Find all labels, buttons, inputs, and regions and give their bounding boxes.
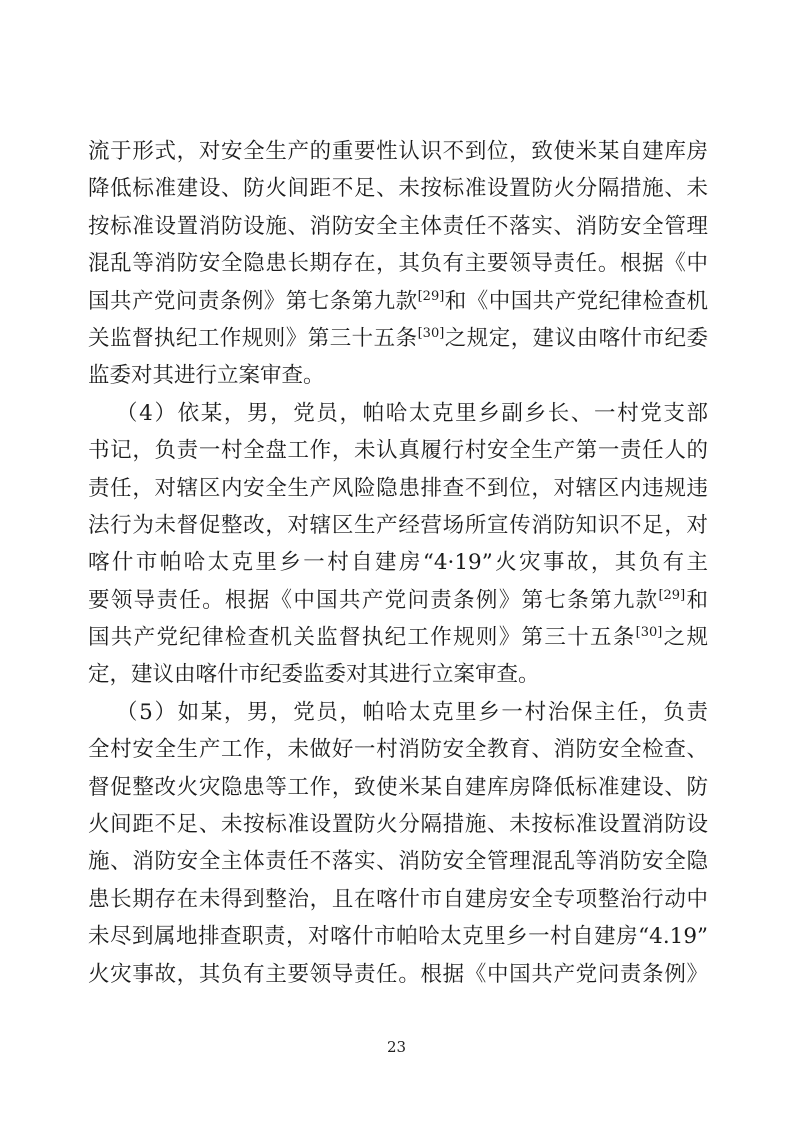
text-run: 关监督执纪工作规则》第三十五条: [88, 326, 418, 351]
text-run: 法行为未督促整改，对辖区生产经营场所宣传消防知识不足，对: [88, 513, 708, 538]
text-line: 督促整改火灾隐患等工作，致使米某自建库房降低标准建设、防: [88, 769, 708, 806]
text-run: 流于形式，对安全生产的重要性认识不到位，致使米某自建库房: [88, 139, 708, 164]
text-run: 施、消防安全主体责任不落实、消防安全管理混乱等消防安全隐: [88, 849, 708, 874]
text-run: 喀什市帕哈太克里乡一村自建房“4·19”火灾事故，其负有主: [88, 550, 708, 575]
text-line: 降低标准建设、防火间距不足、未按标准设置防火分隔措施、未: [88, 170, 708, 207]
page-number: 23: [0, 1038, 793, 1056]
text-line: 火灾事故，其负有主要领导责任。根据《中国共产党问责条例》: [88, 956, 708, 993]
text-line: 按标准设置消防设施、消防安全主体责任不落实、消防安全管理: [88, 208, 708, 245]
text-run: 全村安全生产工作，未做好一村消防安全教育、消防安全检查、: [88, 737, 708, 762]
text-run: 降低标准建设、防火间距不足、未按标准设置防火分隔措施、未: [88, 176, 708, 201]
footnote-ref: [29]: [658, 588, 685, 603]
text-run: 书记，负责一村全盘工作，未认真履行村安全生产第一责任人的: [88, 438, 708, 463]
text-line: 患长期存在未得到整治，且在喀什市自建房安全专项整治行动中: [88, 881, 708, 918]
text-line: 混乱等消防安全隐患长期存在，其负有主要领导责任。根据《中: [88, 245, 708, 282]
text-line: 国共产党纪律检查机关监督执纪工作规则》第三十五条[30]之规: [88, 619, 708, 656]
text-line: 法行为未督促整改，对辖区生产经营场所宣传消防知识不足，对: [88, 507, 708, 544]
text-run: 火间距不足、未按标准设置防火分隔措施、未按标准设置消防设: [88, 812, 708, 837]
text-line: 定，建议由喀什市纪委监委对其进行立案审查。: [88, 656, 708, 693]
text-run: 未尽到属地排查职责，对喀什市帕哈太克里乡一村自建房“4.19”: [88, 924, 708, 949]
text-line: 责任，对辖区内安全生产风险隐患排查不到位，对辖区内违规违: [88, 470, 708, 507]
text-line: 监委对其进行立案审查。: [88, 357, 708, 394]
footnote-ref: [29]: [418, 289, 445, 304]
text-run: 之规: [662, 625, 708, 650]
footnote-ref: [30]: [418, 326, 445, 341]
text-run: （5）如某，男，党员，帕哈太克里乡一村治保主任，负责: [116, 700, 708, 725]
text-line: （5）如某，男，党员，帕哈太克里乡一村治保主任，负责: [88, 694, 708, 731]
text-line: （4）依某，男，党员，帕哈太克里乡副乡长、一村党支部: [88, 395, 708, 432]
paragraph-1: 流于形式，对安全生产的重要性认识不到位，致使米某自建库房降低标准建设、防火间距不…: [88, 133, 708, 395]
document-page: 流于形式，对安全生产的重要性认识不到位，致使米某自建库房降低标准建设、防火间距不…: [0, 0, 793, 1122]
text-run: 监委对其进行立案审查。: [88, 363, 325, 388]
text-line: 关监督执纪工作规则》第三十五条[30]之规定，建议由喀什市纪委: [88, 320, 708, 357]
text-line: 全村安全生产工作，未做好一村消防安全教育、消防安全检查、: [88, 731, 708, 768]
text-line: 火间距不足、未按标准设置防火分隔措施、未按标准设置消防设: [88, 806, 708, 843]
text-run: 混乱等消防安全隐患长期存在，其负有主要领导责任。根据《中: [88, 251, 708, 276]
text-line: 未尽到属地排查职责，对喀什市帕哈太克里乡一村自建房“4.19”: [88, 918, 708, 955]
text-run: 和《中国共产党纪律检查机: [444, 289, 708, 314]
footnote-ref: [30]: [636, 625, 663, 640]
text-run: （4）依某，男，党员，帕哈太克里乡副乡长、一村党支部: [116, 401, 708, 426]
text-line: 施、消防安全主体责任不落实、消防安全管理混乱等消防安全隐: [88, 843, 708, 880]
text-run: 火灾事故，其负有主要领导责任。根据《中国共产党问责条例》: [88, 962, 708, 987]
document-body: 流于形式，对安全生产的重要性认识不到位，致使米某自建库房降低标准建设、防火间距不…: [88, 133, 708, 993]
text-line: 要领导责任。根据《中国共产党问责条例》第七条第九款[29]和《中: [88, 582, 708, 619]
text-run: 之规定，建议由喀什市纪委: [444, 326, 708, 351]
paragraph-2: （4）依某，男，党员，帕哈太克里乡副乡长、一村党支部书记，负责一村全盘工作，未认…: [88, 395, 708, 694]
text-run: 定，建议由喀什市纪委监委对其进行立案审查。: [88, 662, 540, 687]
text-run: 按标准设置消防设施、消防安全主体责任不落实、消防安全管理: [88, 214, 708, 239]
text-line: 国共产党问责条例》第七条第九款[29]和《中国共产党纪律检查机: [88, 283, 708, 320]
text-line: 喀什市帕哈太克里乡一村自建房“4·19”火灾事故，其负有主: [88, 544, 708, 581]
text-run: 要领导责任。根据《中国共产党问责条例》第七条第九款: [88, 588, 658, 613]
text-run: 患长期存在未得到整治，且在喀什市自建房安全专项整治行动中: [88, 887, 708, 912]
text-run: 国共产党纪律检查机关监督执纪工作规则》第三十五条: [88, 625, 636, 650]
text-run: 责任，对辖区内安全生产风险隐患排查不到位，对辖区内违规违: [88, 476, 708, 501]
text-run: 督促整改火灾隐患等工作，致使米某自建库房降低标准建设、防: [88, 775, 708, 800]
text-line: 流于形式，对安全生产的重要性认识不到位，致使米某自建库房: [88, 133, 708, 170]
text-run: 国共产党问责条例》第七条第九款: [88, 289, 418, 314]
paragraph-3: （5）如某，男，党员，帕哈太克里乡一村治保主任，负责全村安全生产工作，未做好一村…: [88, 694, 708, 993]
text-line: 书记，负责一村全盘工作，未认真履行村安全生产第一责任人的: [88, 432, 708, 469]
